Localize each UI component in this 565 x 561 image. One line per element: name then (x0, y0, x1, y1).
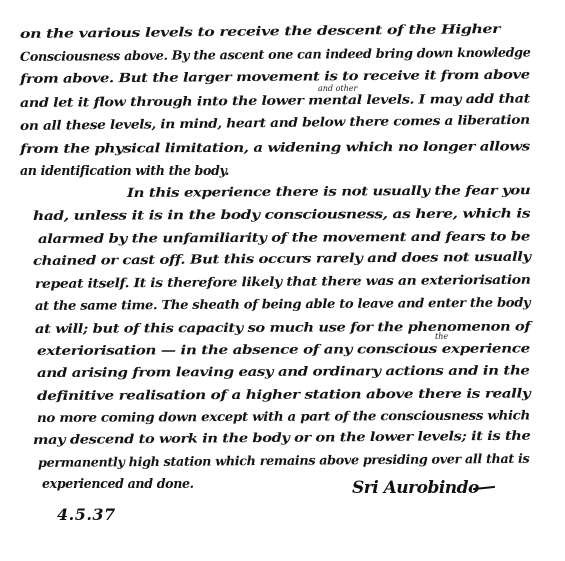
superscript-insertion: the (435, 332, 448, 341)
letter-line-16: and arising from leaving easy and ordina… (37, 362, 530, 380)
letter-line-5: on all these levels, in mind, heart and … (20, 112, 530, 133)
letter-line-4: and let it flow through into the lower m… (20, 91, 530, 110)
letter-line-13: at the same time. The sheath of being ab… (35, 295, 530, 313)
letter-line-15: exteriorisation — in the absence of any … (37, 340, 530, 358)
signature: Sri Aurobindo (352, 478, 479, 498)
letter-date: 4.5.37 (57, 505, 116, 524)
letter-line-1: on the various levels to receive the des… (20, 21, 500, 41)
letter-line-8: In this experience there is not usually … (127, 182, 530, 200)
letter-line-21: experienced and done. (42, 476, 194, 491)
letter-line-17: definitive realisation of a higher stati… (37, 385, 530, 403)
letter-line-6: from the physical limitation, a widening… (20, 138, 530, 156)
letter-page: on the various levels to receive the des… (0, 0, 565, 561)
letter-line-9: had, unless it is in the body consciousn… (33, 205, 530, 223)
letter-line-14: at will; but of this capacity so much us… (35, 318, 530, 336)
letter-line-7: an identification with the body. (20, 163, 229, 178)
letter-line-2: Consciousness above. By the ascent one c… (20, 45, 531, 64)
letter-line-11: chained or cast off. But this occurs rar… (33, 249, 531, 268)
letter-line-18: no more coming down except with a part o… (37, 407, 530, 425)
letter-line-19: may descend to work in the body or on th… (33, 428, 531, 447)
letter-line-20: permanently high station which remains a… (38, 451, 529, 470)
letter-line-10: alarmed by the unfamiliarity of the move… (38, 228, 530, 246)
letter-line-12: repeat itself. It is therefore likely th… (35, 272, 531, 291)
letter-line-3: from above. But the larger movement is t… (20, 67, 530, 86)
